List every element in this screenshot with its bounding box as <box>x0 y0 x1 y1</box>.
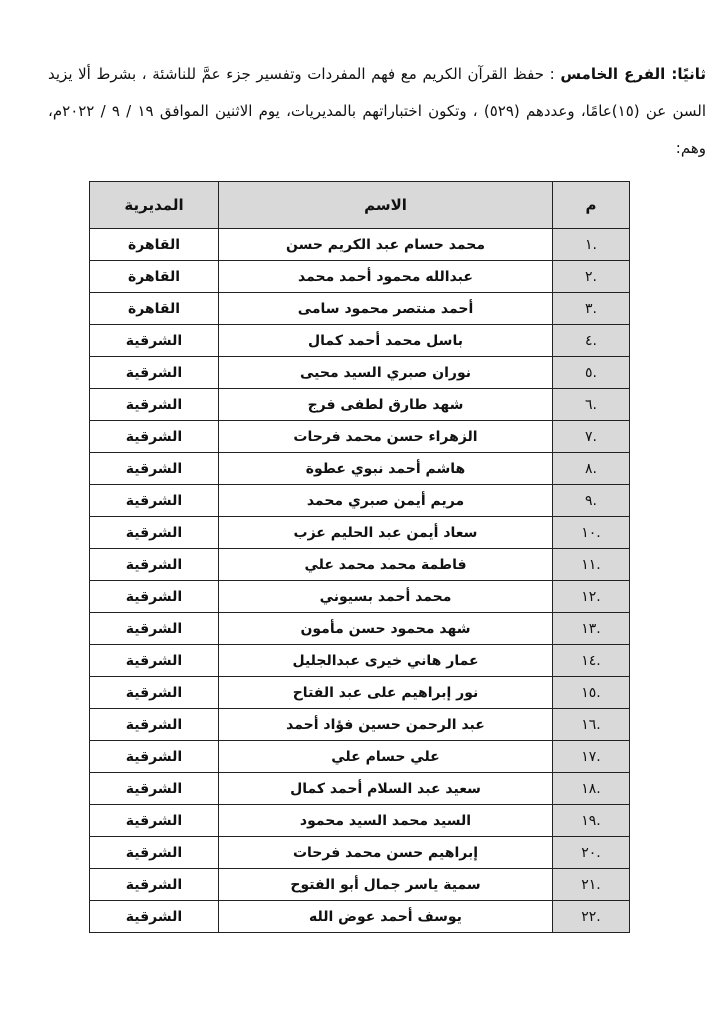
table-row: .١٠سعاد أيمن عبد الحليم عزبالشرقية <box>90 517 630 549</box>
row-directorate: الشرقية <box>90 421 219 453</box>
row-name: باسل محمد أحمد كمال <box>219 325 553 357</box>
row-name: إبراهيم حسن محمد فرحات <box>219 837 553 869</box>
header-number: م <box>553 182 630 229</box>
table-row: .١محمد حسام عبد الكريم حسنالقاهرة <box>90 229 630 261</box>
table-row: .٦شهد طارق لطفى فرجالشرقية <box>90 389 630 421</box>
row-directorate: الشرقية <box>90 677 219 709</box>
row-number: .٢٢ <box>553 901 630 933</box>
row-number: .١٩ <box>553 805 630 837</box>
row-directorate: القاهرة <box>90 229 219 261</box>
row-name: عبد الرحمن حسين فؤاد أحمد <box>219 709 553 741</box>
row-number: .٨ <box>553 453 630 485</box>
row-number: .١١ <box>553 549 630 581</box>
row-name: الزهراء حسن محمد فرحات <box>219 421 553 453</box>
row-number: .١٢ <box>553 581 630 613</box>
row-number: .٥ <box>553 357 630 389</box>
row-directorate: القاهرة <box>90 261 219 293</box>
row-number: .١٥ <box>553 677 630 709</box>
row-number: .٣ <box>553 293 630 325</box>
row-number: .٦ <box>553 389 630 421</box>
row-number: .١٤ <box>553 645 630 677</box>
table-row: .٢١سمية ياسر جمال أبو الفتوحالشرقية <box>90 869 630 901</box>
header-name: الاسم <box>219 182 553 229</box>
section-heading: ثانيًا: الفرع الخامس <box>560 65 706 83</box>
row-number: .١٨ <box>553 773 630 805</box>
row-number: .٢١ <box>553 869 630 901</box>
row-name: السيد محمد السيد محمود <box>219 805 553 837</box>
row-directorate: الشرقية <box>90 741 219 773</box>
row-directorate: الشرقية <box>90 709 219 741</box>
row-number: .٢ <box>553 261 630 293</box>
table-row: .٢٠إبراهيم حسن محمد فرحاتالشرقية <box>90 837 630 869</box>
row-directorate: الشرقية <box>90 453 219 485</box>
row-name: علي حسام علي <box>219 741 553 773</box>
row-number: .١٧ <box>553 741 630 773</box>
table-row: .١٤عمار هاني خيرى عبدالجليلالشرقية <box>90 645 630 677</box>
row-name: محمد أحمد بسيوني <box>219 581 553 613</box>
participants-table: م الاسم المديرية .١محمد حسام عبد الكريم … <box>89 181 630 933</box>
row-directorate: الشرقية <box>90 549 219 581</box>
row-name: أحمد منتصر محمود سامى <box>219 293 553 325</box>
row-name: يوسف أحمد عوض الله <box>219 901 553 933</box>
row-number: .٩ <box>553 485 630 517</box>
row-directorate: الشرقية <box>90 805 219 837</box>
table-row: .١٣شهد محمود حسن مأمونالشرقية <box>90 613 630 645</box>
row-directorate: الشرقية <box>90 613 219 645</box>
row-directorate: الشرقية <box>90 869 219 901</box>
row-name: مريم أيمن صبري محمد <box>219 485 553 517</box>
table-row: .١٨سعيد عبد السلام أحمد كمالالشرقية <box>90 773 630 805</box>
table-row: .٥نوران صبري السيد محيىالشرقية <box>90 357 630 389</box>
row-name: شهد محمود حسن مأمون <box>219 613 553 645</box>
table-header-row: م الاسم المديرية <box>90 182 630 229</box>
table-row: .١٦عبد الرحمن حسين فؤاد أحمدالشرقية <box>90 709 630 741</box>
row-name: فاطمة محمد محمد علي <box>219 549 553 581</box>
row-directorate: الشرقية <box>90 837 219 869</box>
table-row: .٢٢يوسف أحمد عوض اللهالشرقية <box>90 901 630 933</box>
header-directorate: المديرية <box>90 182 219 229</box>
row-name: نوران صبري السيد محيى <box>219 357 553 389</box>
row-number: .٤ <box>553 325 630 357</box>
row-directorate: الشرقية <box>90 645 219 677</box>
row-name: سمية ياسر جمال أبو الفتوح <box>219 869 553 901</box>
row-number: .١٠ <box>553 517 630 549</box>
row-directorate: الشرقية <box>90 517 219 549</box>
row-number: .١ <box>553 229 630 261</box>
row-directorate: الشرقية <box>90 901 219 933</box>
table-row: .١٩السيد محمد السيد محمودالشرقية <box>90 805 630 837</box>
table-row: .٧الزهراء حسن محمد فرحاتالشرقية <box>90 421 630 453</box>
table-row: .١١فاطمة محمد محمد عليالشرقية <box>90 549 630 581</box>
row-name: سعاد أيمن عبد الحليم عزب <box>219 517 553 549</box>
table-row: .٣أحمد منتصر محمود سامىالقاهرة <box>90 293 630 325</box>
table-row: .٩مريم أيمن صبري محمدالشرقية <box>90 485 630 517</box>
row-directorate: الشرقية <box>90 389 219 421</box>
row-name: شهد طارق لطفى فرج <box>219 389 553 421</box>
row-directorate: الشرقية <box>90 357 219 389</box>
intro-paragraph: ثانيًا: الفرع الخامس : حفظ القرآن الكريم… <box>48 56 706 167</box>
row-directorate: الشرقية <box>90 325 219 357</box>
row-name: هاشم أحمد نبوي عطوة <box>219 453 553 485</box>
row-directorate: الشرقية <box>90 581 219 613</box>
row-name: سعيد عبد السلام أحمد كمال <box>219 773 553 805</box>
row-name: محمد حسام عبد الكريم حسن <box>219 229 553 261</box>
table-row: .٤باسل محمد أحمد كمالالشرقية <box>90 325 630 357</box>
row-number: .١٣ <box>553 613 630 645</box>
row-number: .٧ <box>553 421 630 453</box>
table-row: .٨هاشم أحمد نبوي عطوةالشرقية <box>90 453 630 485</box>
row-directorate: القاهرة <box>90 293 219 325</box>
table-row: .٢عبدالله محمود أحمد محمدالقاهرة <box>90 261 630 293</box>
table-row: .١٥نور إبراهيم على عبد الفتاحالشرقية <box>90 677 630 709</box>
row-number: .١٦ <box>553 709 630 741</box>
row-name: نور إبراهيم على عبد الفتاح <box>219 677 553 709</box>
row-directorate: الشرقية <box>90 485 219 517</box>
table-row: .١٢محمد أحمد بسيونيالشرقية <box>90 581 630 613</box>
row-number: .٢٠ <box>553 837 630 869</box>
row-directorate: الشرقية <box>90 773 219 805</box>
row-name: عبدالله محمود أحمد محمد <box>219 261 553 293</box>
row-name: عمار هاني خيرى عبدالجليل <box>219 645 553 677</box>
table-row: .١٧علي حسام عليالشرقية <box>90 741 630 773</box>
